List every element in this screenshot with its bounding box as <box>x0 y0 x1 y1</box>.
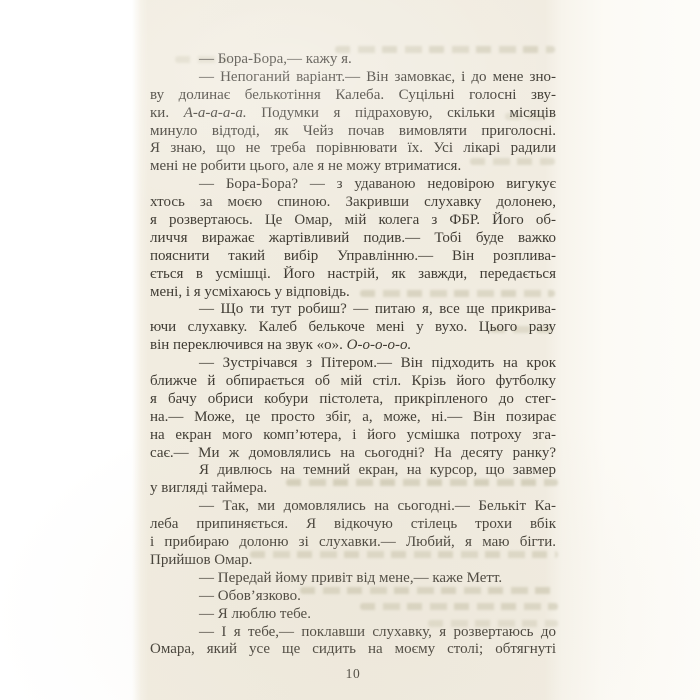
text-line: Я знаю, що не треба порівнювати їх. Усі … <box>150 140 556 158</box>
text-line: — Так, ми домовлялись на сьогодні.— Бель… <box>150 498 556 516</box>
text-line: — Бора-Бора,— кажу я. <box>150 51 556 69</box>
page-text: — Бора-Бора,— кажу я.— Непоганий варіант… <box>150 51 556 659</box>
text-line: леба припиняється. Я відкочую стілець тр… <box>150 516 556 534</box>
text-line: — І я тебе,— поклавши слухавку, я розвер… <box>150 624 556 642</box>
text-line: ється в усмішці. Його настрій, як завжди… <box>150 266 556 284</box>
text-line: Я дивлюсь на темний екран, на курсор, що… <box>150 462 556 480</box>
text-line: на.— Може, це просто збіг, а, може, ні.—… <box>150 409 556 427</box>
text-line: я бачу обриси кобури пістолета, прикріпл… <box>150 391 556 409</box>
text-line: мені, і я усміхаюсь у відповідь. <box>150 284 556 302</box>
text-line: — Що ти тут робиш? — питаю я, все ще при… <box>150 301 556 319</box>
text-line: мені не робити цього, але я не можу втри… <box>150 158 556 176</box>
text-line: у вигляді таймера. <box>150 480 556 498</box>
italic-text: О-о-о-о-о. <box>347 337 412 353</box>
text-line: ву долинає белькотіння Калеба. Суцільні … <box>150 87 556 105</box>
text-line: на екран мого комп’ютера, і його усмішка… <box>150 427 556 445</box>
text-line: сає.— Ми ж домовлялись на сьогодні? На д… <box>150 445 556 463</box>
text-line: — Обов’язково. <box>150 588 556 606</box>
text-line: ючи слухавку. Калеб белькоче мені у вухо… <box>150 319 556 337</box>
text-line: він переключився на звук «о». О-о-о-о-о. <box>150 337 556 355</box>
text-line: ближче й обпирається об мій стіл. Крізь … <box>150 373 556 391</box>
text-line: і прибираю долоню зі слухавки.— Любий, я… <box>150 534 556 552</box>
text-line: ки. А-а-а-а-а. Подумки я підраховую, скі… <box>150 105 556 123</box>
text-line: хтось за моєю спиною. Закривши слухавку … <box>150 194 556 212</box>
text-line: минуло відтоді, як Чейз почав вимовляти … <box>150 123 556 141</box>
text-line: — Я люблю тебе. <box>150 606 556 624</box>
page-number: 10 <box>150 666 556 682</box>
text-line: — Зустрічався з Пітером.— Він підходить … <box>150 355 556 373</box>
book-page-photo: — Бора-Бора,— кажу я.— Непоганий варіант… <box>0 0 700 700</box>
text-line: — Передай йому привіт від мене,— каже Ме… <box>150 570 556 588</box>
text-line: — Бора-Бора? — з удаваною недовірою вигу… <box>150 176 556 194</box>
italic-text: А-а-а-а-а. <box>184 105 247 121</box>
text-line: — Непоганий варіант.— Він замовкає, і до… <box>150 69 556 87</box>
text-line: Омара, який усе ще сидить на моєму столі… <box>150 641 556 659</box>
text-line: личчя виражає жартівливий подив.— Тобі б… <box>150 230 556 248</box>
text-line: я розвертаюсь. Це Омар, мій колега з ФБР… <box>150 212 556 230</box>
text-line: пояснити такий вибір Управлінню.— Він ро… <box>150 248 556 266</box>
text-line: Прийшов Омар. <box>150 552 556 570</box>
